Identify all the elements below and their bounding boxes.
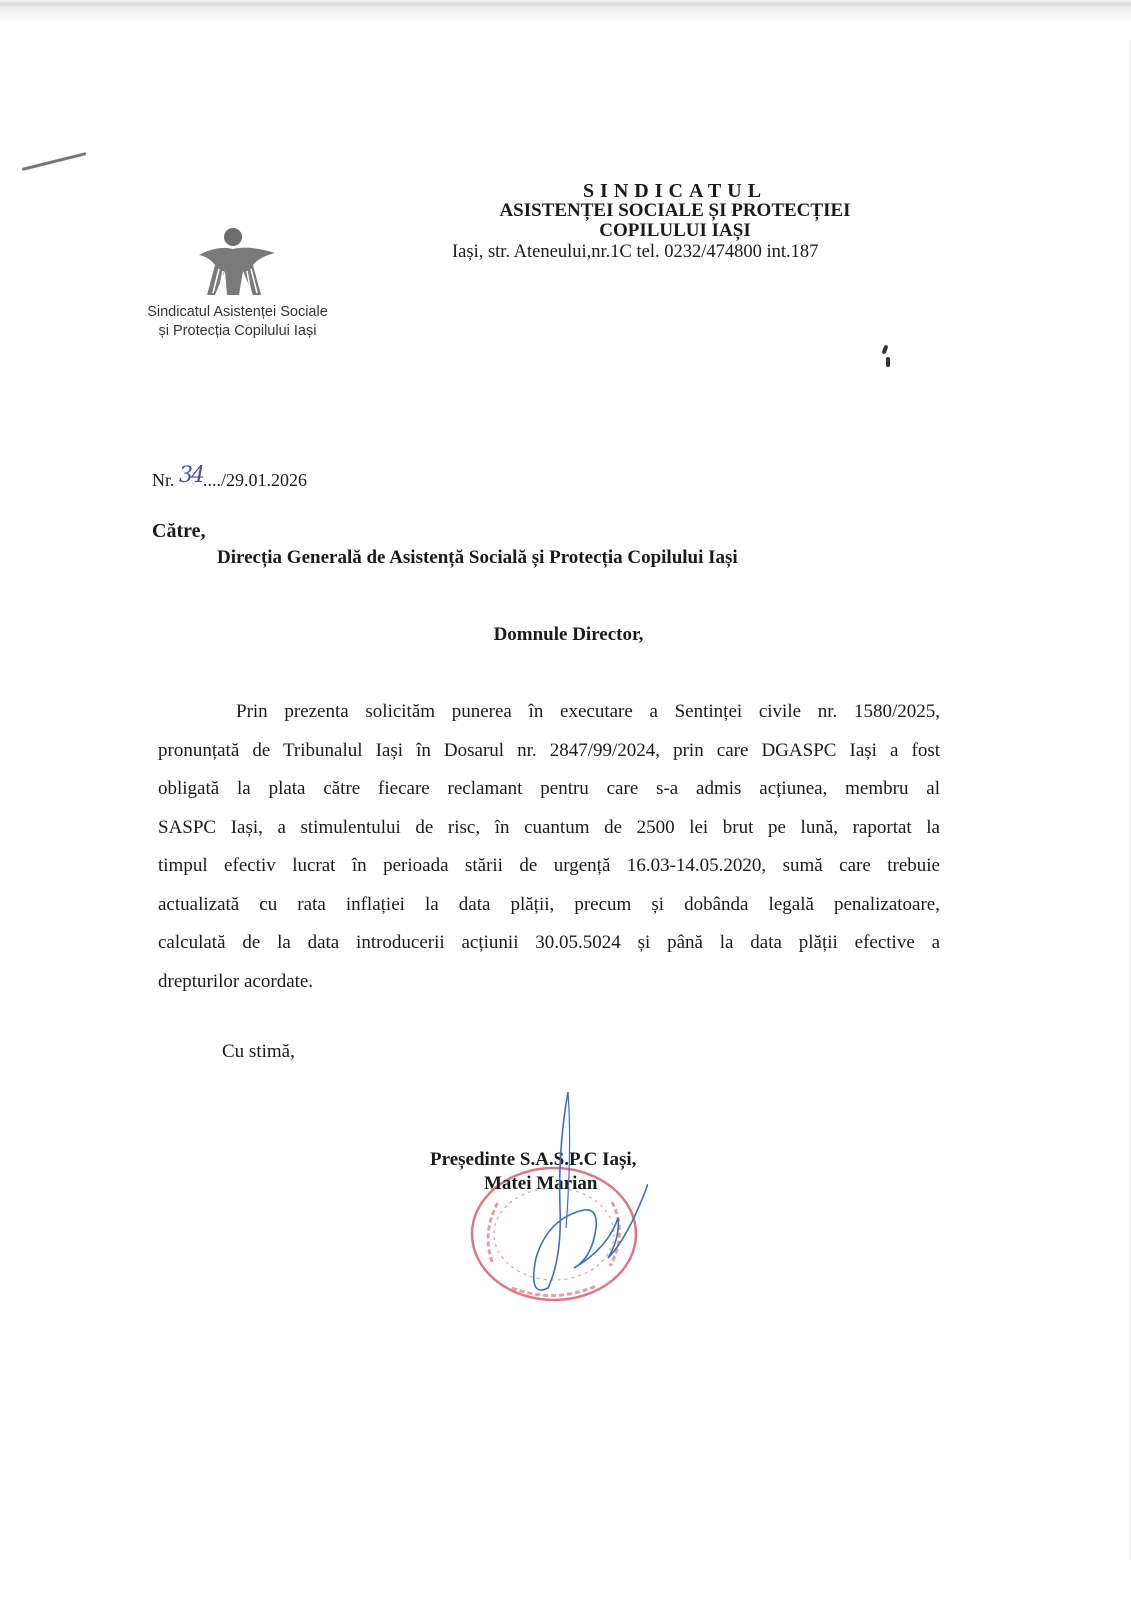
body-line: pronunțată de Tribunalul Iași în Dosarul…	[158, 732, 940, 771]
logo-caption-line2: și Protecția Copilului Iași	[125, 322, 350, 341]
salutation: Domnule Director,	[0, 624, 1131, 646]
letterhead: SINDICATUL ASISTENȚEI SOCIALE ȘI PROTECȚ…	[440, 181, 910, 262]
org-name-line3: COPILULUI IAȘI	[440, 221, 910, 241]
angel-figure-icon	[197, 225, 277, 297]
logo-caption-line1: Sindicatul Asistenței Sociale	[125, 303, 350, 322]
to-label: Către,	[152, 520, 206, 543]
body-line: obligată la plata către fiecare reclaman…	[158, 770, 940, 809]
signatory: Președinte S.A.S.P.C Iași, Matei Marian	[430, 1148, 636, 1196]
scan-edge-right	[1127, 40, 1131, 1560]
signatory-role: Președinte S.A.S.P.C Iași,	[430, 1148, 636, 1172]
body-line: SASPC Iași, a stimulentului de risc, în …	[158, 809, 940, 848]
registration-prefix: Nr.	[152, 470, 175, 490]
body-line: actualizată cu rata inflației la data pl…	[158, 886, 940, 925]
body-line: timpul efectiv lucrat în perioada stării…	[158, 847, 940, 886]
org-name-line1: SINDICATUL	[440, 181, 910, 201]
body-line: Prin prezenta solicităm punerea în execu…	[158, 693, 940, 732]
union-logo: Sindicatul Asistenței Sociale și Protecț…	[125, 225, 350, 341]
closing: Cu stimă,	[222, 1041, 295, 1063]
body-line: calculată de la data introducerii acțiun…	[158, 924, 940, 963]
registration-date: /29.01.2026	[221, 470, 307, 490]
recipient: Direcția Generală de Asistență Socială ș…	[217, 547, 738, 569]
letter-body: Prin prezenta solicităm punerea în execu…	[158, 693, 940, 1001]
org-name-line2: ASISTENȚEI SOCIALE ȘI PROTECȚIEI	[440, 201, 910, 221]
registration-dots: ....	[203, 470, 221, 490]
registration-number: Nr. 34..../29.01.2026	[152, 467, 307, 492]
scan-speck	[882, 345, 890, 371]
pen-mark	[22, 152, 87, 171]
scan-edge-top	[0, 0, 1131, 22]
handwritten-number: 34	[179, 463, 203, 488]
signatory-name: Matei Marian	[430, 1172, 636, 1196]
body-line: drepturilor acordate.	[158, 963, 940, 1002]
org-address: Iași, str. Ateneului,nr.1C tel. 0232/474…	[440, 242, 910, 262]
handwritten-signature-icon	[488, 1088, 648, 1308]
